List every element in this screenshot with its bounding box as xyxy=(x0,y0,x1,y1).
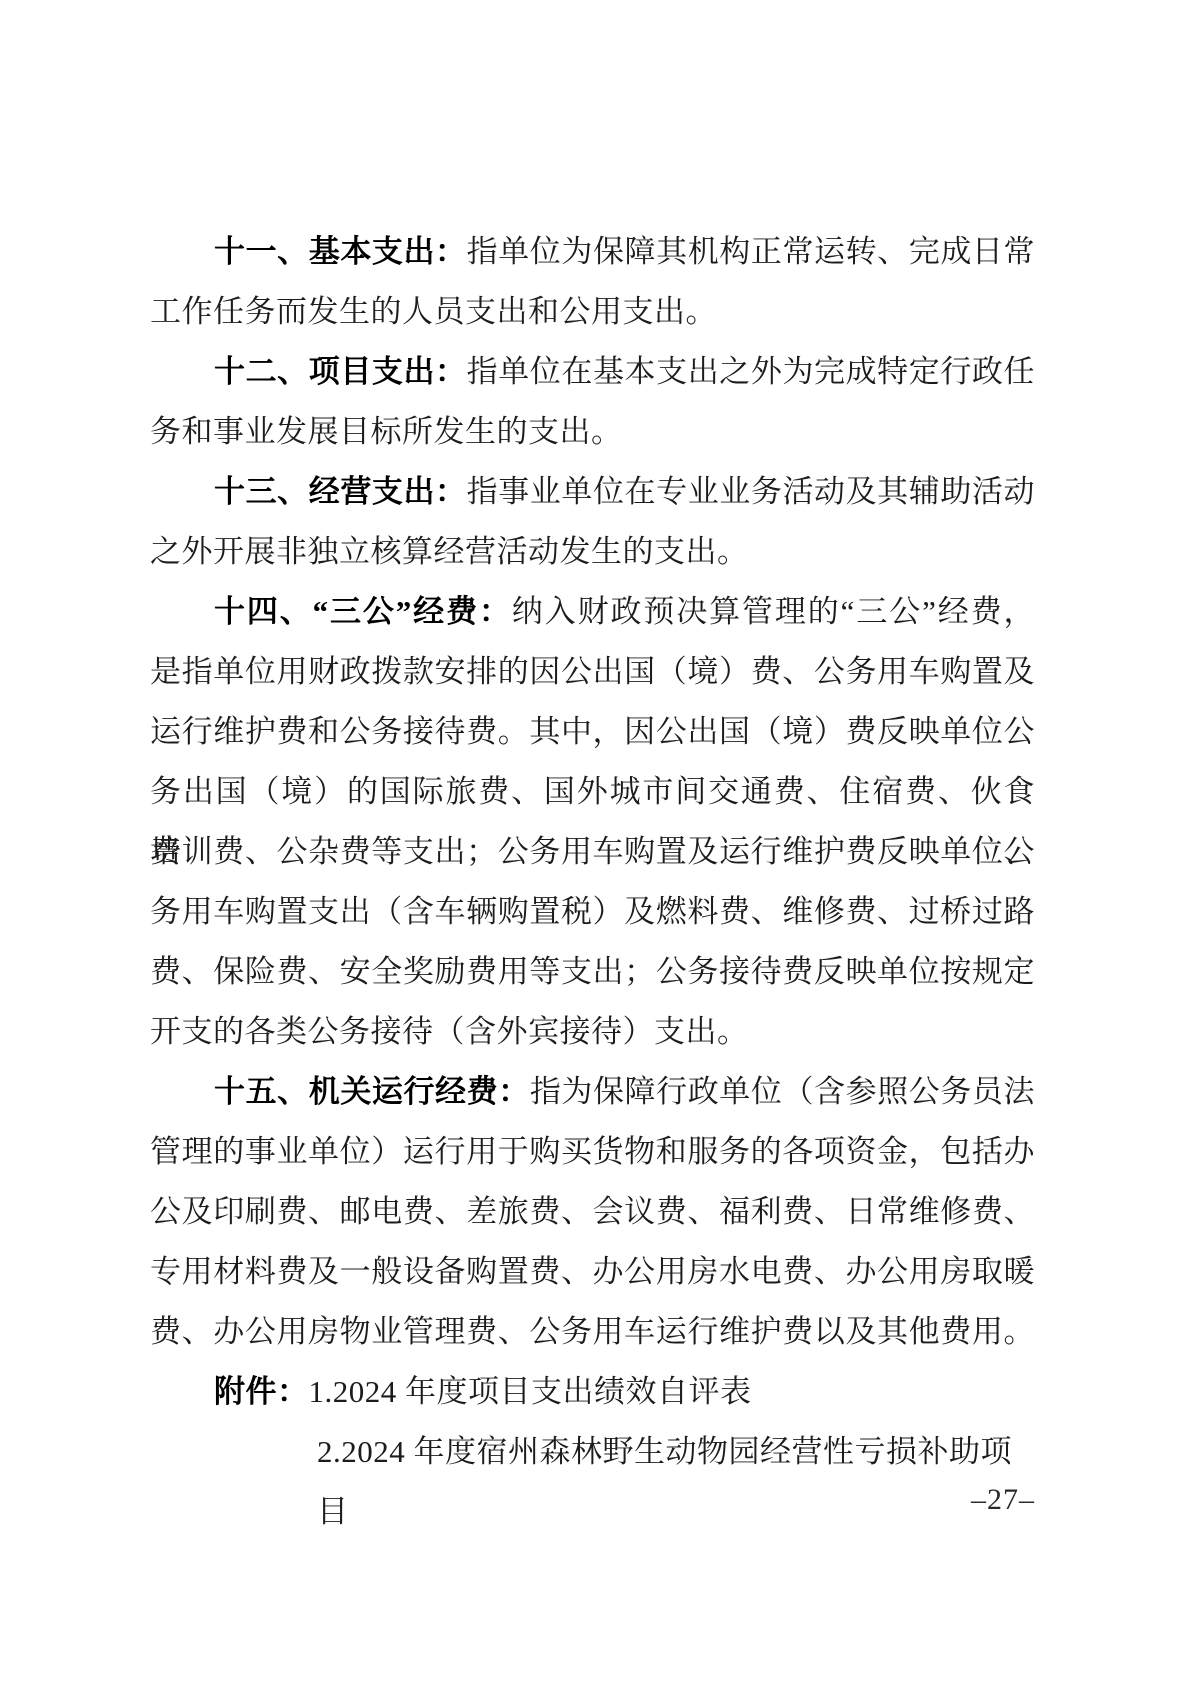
text-line: 十三、经营支出：指事业单位在专业业务活动及其辅助活动 xyxy=(150,462,1035,522)
text-line: 专用材料费及一般设备购置费、办公用房水电费、办公用房取暖 xyxy=(150,1242,1035,1302)
text-line: 附件：1.2024 年度项目支出绩效自评表 xyxy=(150,1362,1035,1422)
text-run: 专用材料费及一般设备购置费、办公用房水电费、办公用房取暖 xyxy=(150,1254,1035,1289)
text-run: 务用车购置支出（含车辆购置税）及燃料费、维修费、过桥过路 xyxy=(150,894,1035,929)
text-run: 费、办公用房物业管理费、公务用车运行维护费以及其他费用。 xyxy=(150,1314,1035,1349)
text-run: 之外开展非独立核算经营活动发生的支出。 xyxy=(150,534,749,569)
text-line: 务出国（境）的国际旅费、国外城市间交通费、住宿费、伙食费、 xyxy=(150,762,1035,822)
heading-run: 十三、经营支出： xyxy=(214,474,467,509)
document-body: 十一、基本支出：指单位为保障其机构正常运转、完成日常工作任务而发生的人员支出和公… xyxy=(150,222,1035,1482)
text-run: 公及印刷费、邮电费、差旅费、会议费、福利费、日常维修费、 xyxy=(150,1194,1035,1229)
text-run: 指为保障行政单位（含参照公务员法 xyxy=(530,1074,1035,1109)
heading-run: 十二、项目支出： xyxy=(214,354,467,389)
text-line: 管理的事业单位）运行用于购买货物和服务的各项资金，包括办 xyxy=(150,1122,1035,1182)
text-line: 开支的各类公务接待（含外宾接待）支出。 xyxy=(150,1002,1035,1062)
text-line: 运行维护费和公务接待费。其中，因公出国（境）费反映单位公 xyxy=(150,702,1035,762)
text-line: 十四、“三公”经费：纳入财政预决算管理的“三公”经费， xyxy=(150,582,1035,642)
text-line: 十五、机关运行经费：指为保障行政单位（含参照公务员法 xyxy=(150,1062,1035,1122)
text-line: 工作任务而发生的人员支出和公用支出。 xyxy=(150,282,1035,342)
text-run: 开支的各类公务接待（含外宾接待）支出。 xyxy=(150,1014,749,1049)
text-run: 工作任务而发生的人员支出和公用支出。 xyxy=(150,294,717,329)
page-number: –27– xyxy=(971,1483,1035,1517)
text-run: 纳入财政预决算管理的“三公”经费， xyxy=(512,594,1035,629)
text-run: 管理的事业单位）运行用于购买货物和服务的各项资金，包括办 xyxy=(150,1134,1035,1169)
text-line: 费、保险费、安全奖励费用等支出；公务接待费反映单位按规定 xyxy=(150,942,1035,1002)
text-run: 指事业单位在专业业务活动及其辅助活动 xyxy=(467,474,1035,509)
text-line: 2.2024 年度宿州森林野生动物园经营性亏损补助项目 xyxy=(150,1422,1035,1482)
heading-run: 十五、机关运行经费： xyxy=(214,1074,530,1109)
heading-run: 十一、基本支出： xyxy=(214,234,467,269)
text-run: 是指单位用财政拨款安排的因公出国（境）费、公务用车购置及 xyxy=(150,654,1035,689)
text-line: 公及印刷费、邮电费、差旅费、会议费、福利费、日常维修费、 xyxy=(150,1182,1035,1242)
document-page: 十一、基本支出：指单位为保障其机构正常运转、完成日常工作任务而发生的人员支出和公… xyxy=(0,0,1190,1683)
heading-run: 十四、“三公”经费： xyxy=(214,594,512,629)
text-run: 指单位在基本支出之外为完成特定行政任 xyxy=(467,354,1035,389)
text-line: 务和事业发展目标所发生的支出。 xyxy=(150,402,1035,462)
text-line: 十二、项目支出：指单位在基本支出之外为完成特定行政任 xyxy=(150,342,1035,402)
text-run: 1.2024 年度项目支出绩效自评表 xyxy=(309,1374,752,1409)
text-line: 之外开展非独立核算经营活动发生的支出。 xyxy=(150,522,1035,582)
heading-run: 附件： xyxy=(214,1374,309,1409)
text-line: 是指单位用财政拨款安排的因公出国（境）费、公务用车购置及 xyxy=(150,642,1035,702)
text-run: 培训费、公杂费等支出；公务用车购置及运行维护费反映单位公 xyxy=(150,834,1035,869)
text-run: 务和事业发展目标所发生的支出。 xyxy=(150,414,623,449)
text-run: 指单位为保障其机构正常运转、完成日常 xyxy=(467,234,1035,269)
text-line: 费、办公用房物业管理费、公务用车运行维护费以及其他费用。 xyxy=(150,1302,1035,1362)
text-run: 运行维护费和公务接待费。其中，因公出国（境）费反映单位公 xyxy=(150,714,1035,749)
text-run: 2.2024 年度宿州森林野生动物园经营性亏损补助项目 xyxy=(317,1434,1012,1529)
text-line: 务用车购置支出（含车辆购置税）及燃料费、维修费、过桥过路 xyxy=(150,882,1035,942)
text-line: 培训费、公杂费等支出；公务用车购置及运行维护费反映单位公 xyxy=(150,822,1035,882)
text-line: 十一、基本支出：指单位为保障其机构正常运转、完成日常 xyxy=(150,222,1035,282)
text-run: 费、保险费、安全奖励费用等支出；公务接待费反映单位按规定 xyxy=(150,954,1035,989)
